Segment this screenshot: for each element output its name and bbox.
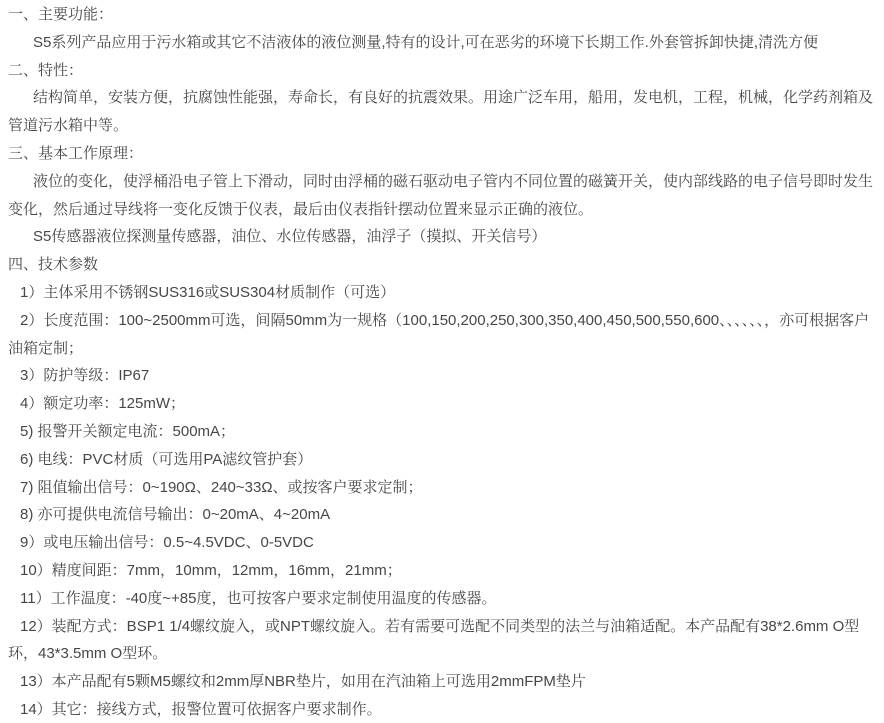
spec-item: 9）或电压输出信号：0.5~4.5VDC、0-5VDC <box>8 529 878 557</box>
spec-item: 2）长度范围：100~2500mm可选，间隔50mm为一规格（100,150,2… <box>8 307 878 363</box>
spec-item: 4）额定功率：125mW； <box>8 390 878 418</box>
spec-item: 13）本产品配有5颗M5螺纹和2mm厚NBR垫片，如用在汽油箱上可选用2mmFP… <box>8 668 878 696</box>
section-heading: 二、特性： <box>8 57 878 85</box>
paragraph: S5系列产品应用于污水箱或其它不洁液体的液位测量,特有的设计,可在恶劣的环境下长… <box>8 29 878 57</box>
section-heading: 三、基本工作原理： <box>8 140 878 168</box>
section-heading: 一、主要功能： <box>8 1 878 29</box>
spec-item: 1）主体采用不锈钢SUS316或SUS304材质制作（可选） <box>8 279 878 307</box>
spec-item: 10）精度间距：7mm，10mm，12mm，16mm，21mm； <box>8 557 878 585</box>
paragraph: S5传感器液位探测量传感器，油位、水位传感器，油浮子（摸拟、开关信号） <box>8 223 878 251</box>
paragraph: 结构简单，安装方便，抗腐蚀性能强，寿命长，有良好的抗震效果。用途广泛车用，船用，… <box>8 84 878 140</box>
section-features: 二、特性： 结构简单，安装方便，抗腐蚀性能强，寿命长，有良好的抗震效果。用途广泛… <box>8 57 878 140</box>
spec-item: 7) 阻值输出信号：0~190Ω、240~33Ω、或按客户要求定制； <box>8 474 878 502</box>
spec-item: 14）其它：接线方式，报警位置可依据客户要求制作。 <box>8 696 878 723</box>
spec-item: 5) 报警开关额定电流：500mA； <box>8 418 878 446</box>
section-main-functions: 一、主要功能： S5系列产品应用于污水箱或其它不洁液体的液位测量,特有的设计,可… <box>8 1 878 57</box>
product-spec-document: 一、主要功能： S5系列产品应用于污水箱或其它不洁液体的液位测量,特有的设计,可… <box>0 0 884 723</box>
spec-item: 12）装配方式：BSP1 1/4螺纹旋入，或NPT螺纹旋入。若有需要可选配不同类… <box>8 613 878 669</box>
section-working-principle: 三、基本工作原理： 液位的变化，使浮桶沿电子管上下滑动，同时由浮桶的磁石驱动电子… <box>8 140 878 251</box>
spec-item: 6) 电线：PVC材质（可选用PA滤纹管护套） <box>8 446 878 474</box>
spec-item: 11）工作温度：-40度~+85度，也可按客户要求定制使用温度的传感器。 <box>8 585 878 613</box>
spec-item: 3）防护等级：IP67 <box>8 362 878 390</box>
spec-item: 8) 亦可提供电流信号输出：0~20mA、4~20mA <box>8 501 878 529</box>
section-technical-parameters: 四、技术参数 1）主体采用不锈钢SUS316或SUS304材质制作（可选） 2）… <box>8 251 878 723</box>
paragraph: 液位的变化，使浮桶沿电子管上下滑动，同时由浮桶的磁石驱动电子管内不同位置的磁簧开… <box>8 168 878 224</box>
section-heading: 四、技术参数 <box>8 251 878 279</box>
